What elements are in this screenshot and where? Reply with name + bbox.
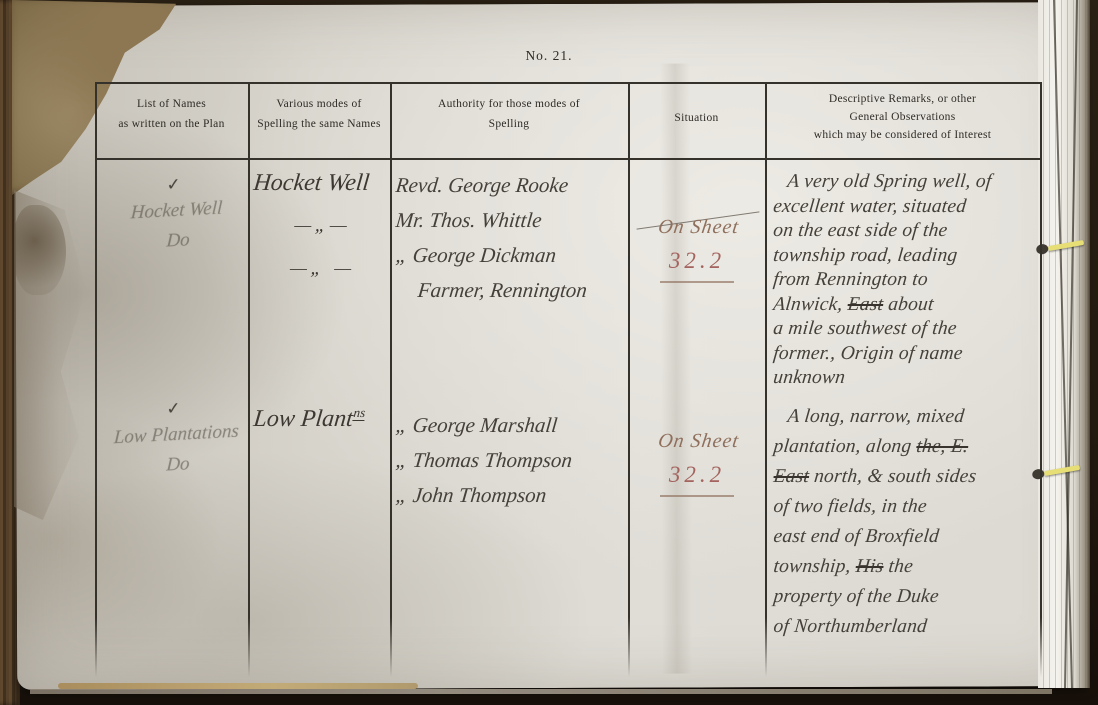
handwritten-text: excellent water, situated — [772, 196, 967, 217]
handwritten-text: A very old Spring well, of — [786, 171, 992, 192]
struck-text: the, E. — [915, 436, 969, 457]
remarks-line: of two fields, in the — [772, 492, 1051, 522]
remarks-line: unknown — [772, 366, 1051, 391]
situation-cell: On Sheet32.2 — [632, 168, 762, 283]
underline-stroke — [660, 281, 734, 283]
table-gridline-vertical — [765, 82, 767, 677]
remarks-line: Alnwick, East about — [772, 293, 1051, 318]
column-header-line: as written on the Plan — [95, 114, 248, 134]
authority-cell: Revd. George RookeMr. Thos. Whittle„ Geo… — [394, 168, 626, 308]
remarks-line: township road, leading — [772, 244, 1051, 269]
spelling-line: —„ — — [252, 254, 393, 284]
handwritten-text: property of the Duke — [773, 586, 940, 607]
column-header-line: Spelling — [390, 114, 628, 134]
column-header-line: which may be considered of Interest — [765, 126, 1040, 144]
handwritten-text: „ John Thompson — [395, 483, 548, 507]
table-gridline-vertical — [95, 82, 97, 677]
struck-text: East — [773, 466, 811, 487]
handwritten-text: Hocket Well — [252, 170, 370, 196]
column-header-line: Various modes of — [248, 94, 390, 114]
remarks-line: on the east side of the — [772, 219, 1051, 244]
handwritten-text: —„ — — [289, 258, 356, 279]
handwritten-text: from Rennington to — [772, 269, 929, 290]
page-bottom-edge — [30, 689, 1052, 694]
handwritten-text: —„— — [293, 215, 352, 236]
remarks-line: from Rennington to — [772, 268, 1051, 293]
column-header-list-of-names: List of Namesas written on the Plan — [95, 94, 248, 134]
handwritten-text: about — [882, 294, 935, 315]
column-header-line: Authority for those modes of — [390, 94, 628, 114]
page-fold-shadow — [660, 64, 692, 674]
handwritten-text: „ Thomas Thompson — [395, 448, 574, 472]
spelling-cell: Hocket Well—„——„ — — [252, 168, 390, 284]
remarks-cell: A long, narrow, mixedplantation, along t… — [772, 398, 1048, 642]
remarks-line: A very old Spring well, of — [772, 170, 1051, 195]
column-header-line: Situation — [628, 108, 765, 128]
underline-stroke — [660, 495, 734, 497]
handwritten-text: Alnwick, — [772, 294, 849, 315]
handwritten-text: Farmer, Rennington — [417, 278, 589, 302]
authority-line: Mr. Thos. Whittle — [394, 203, 630, 238]
handwritten-text: township, — [773, 556, 857, 577]
handwritten-text: plantation, along — [773, 436, 918, 457]
column-header-line: List of Names — [95, 94, 248, 114]
handwritten-text: north, & south sides — [808, 466, 977, 487]
name-book-scan: No. 21. List of Namesas written on the P… — [0, 0, 1098, 705]
situation-sheet-number: 32.2 — [632, 462, 762, 488]
plan-name-cell: ✓Hocket WellDo — [98, 164, 252, 260]
situation-cell: On Sheet32.2 — [632, 398, 762, 497]
page-stain-dark — [14, 205, 66, 295]
remarks-line: East north, & south sides — [772, 462, 1051, 492]
authority-line: „ George Dickman — [394, 238, 630, 273]
handwritten-text: township road, leading — [772, 245, 958, 266]
handwritten-text: of Northumberland — [773, 616, 929, 637]
handwritten-text: east end of Broxfield — [773, 526, 941, 547]
situation-sheet-label: On Sheet — [632, 430, 765, 453]
table-gridline-top — [95, 82, 1040, 84]
remarks-line: a mile southwest of the — [772, 317, 1051, 342]
struck-text: East — [847, 294, 885, 315]
remarks-line: township, His the — [772, 552, 1051, 582]
remarks-line: excellent water, situated — [772, 195, 1051, 220]
handwritten-text: „ George Dickman — [395, 243, 558, 267]
authority-line: „ George Marshall — [394, 408, 630, 443]
spelling-line: Hocket Well — [252, 168, 393, 198]
remarks-line: of Northumberland — [772, 612, 1051, 642]
authority-line: Revd. George Rooke — [394, 168, 630, 203]
column-header-modes-of-spelling: Various modes ofSpelling the same Names — [248, 94, 390, 134]
handwritten-text: a mile southwest of the — [772, 318, 958, 339]
authority-line: Farmer, Rennington — [416, 273, 630, 308]
handwritten-text: Mr. Thos. Whittle — [395, 208, 543, 232]
handwritten-text: Low Plant — [252, 406, 354, 432]
spelling-line: Low Plantns — [252, 398, 394, 434]
plan-name-cell: ✓Low PlantationsDo — [98, 394, 252, 484]
column-header-line: Descriptive Remarks, or other — [765, 90, 1040, 108]
authority-cell: „ George Marshall„ Thomas Thompson„ John… — [394, 398, 626, 513]
column-header-line: Spelling the same Names — [248, 114, 390, 134]
handwritten-text: ns — [353, 405, 366, 421]
handwritten-text: of two fields, in the — [773, 496, 928, 517]
spelling-line: —„— — [252, 211, 393, 241]
handwritten-text: A long, narrow, mixed — [787, 406, 966, 427]
remarks-line: former., Origin of name — [772, 342, 1051, 367]
column-header-descriptive-remarks: Descriptive Remarks, or otherGeneral Obs… — [765, 90, 1040, 144]
handwritten-text: the — [882, 556, 914, 577]
remarks-line: property of the Duke — [772, 582, 1051, 612]
handwritten-text: „ George Marshall — [395, 413, 559, 437]
handwritten-text: unknown — [772, 367, 846, 388]
remarks-line: A long, narrow, mixed — [772, 402, 1051, 432]
remarks-line: east end of Broxfield — [772, 522, 1051, 552]
column-header-situation: Situation — [628, 94, 765, 128]
authority-line: „ John Thompson — [394, 478, 630, 513]
handwritten-text: Revd. George Rooke — [395, 173, 570, 197]
struck-text: His — [855, 556, 885, 577]
page-number: No. 21. — [0, 48, 1098, 64]
handwritten-text: former., Origin of name — [772, 343, 964, 364]
remarks-cell: A very old Spring well, ofexcellent wate… — [772, 168, 1048, 391]
situation-sheet-number: 32.2 — [632, 248, 762, 274]
table-gridline-vertical — [248, 82, 250, 677]
remarks-line: plantation, along the, E. — [772, 432, 1051, 462]
binding-thread — [1064, 0, 1078, 688]
table-gridline-header-bottom — [95, 158, 1040, 160]
column-header-line: General Observations — [765, 108, 1040, 126]
authority-line: „ Thomas Thompson — [394, 443, 630, 478]
handwritten-text: on the east side of the — [772, 220, 948, 241]
spelling-cell: Low Plantns — [252, 398, 390, 434]
situation-sheet-label: On Sheet — [632, 216, 765, 239]
column-header-authority: Authority for those modes ofSpelling — [390, 94, 628, 134]
